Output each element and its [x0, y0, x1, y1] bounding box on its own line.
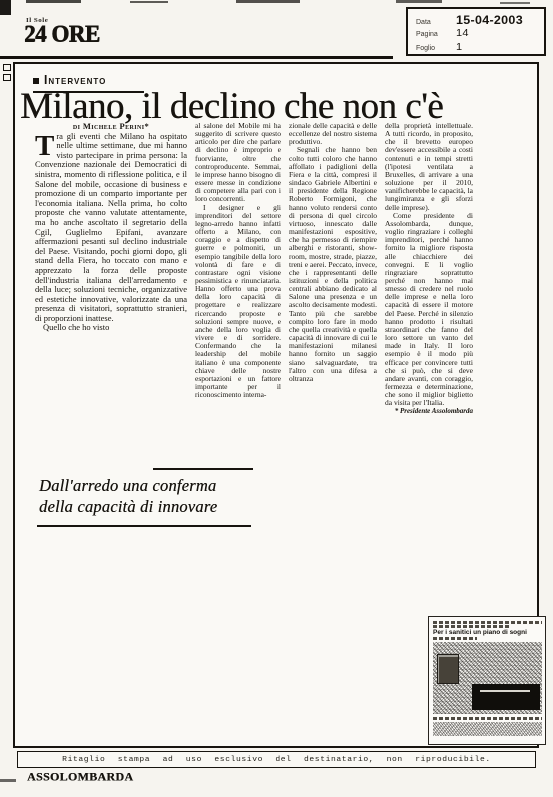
thumbnail-text-strip — [433, 637, 477, 640]
author-signature: * Presidente Assolombarda — [385, 407, 473, 415]
thumbnail-portrait — [437, 654, 459, 684]
paragraph: al salone del Mobile mi ha suggerito di … — [195, 122, 281, 204]
stamp-row-sheet: Foglio 1 — [416, 41, 544, 55]
stamp-value-page: 14 — [456, 27, 469, 38]
article-column-4: della proprietà intellettuale. A tutti r… — [385, 122, 473, 514]
scan-artifact — [130, 1, 168, 3]
pull-quote-text: Dall'arredo una conferma della capacità … — [37, 468, 253, 525]
scan-artifact — [0, 0, 11, 15]
newspaper-logo: Il Sole 24 ORE — [24, 16, 100, 44]
article-column-2: al salone del Mobile mi ha suggerito di … — [195, 122, 281, 468]
paragraph: Come presidente di Assolombarda, dunque,… — [385, 212, 473, 408]
stamp-box: Data 15-04-2003 Pagina 14 Foglio 1 — [406, 7, 546, 56]
scan-artifact — [500, 2, 530, 4]
paragraph: I designer e gli imprenditori del settor… — [195, 204, 281, 400]
scan-artifact — [3, 74, 11, 81]
pull-quote-rule — [153, 468, 253, 470]
stamp-label-sheet: Foglio — [416, 45, 456, 52]
scan-artifact — [236, 0, 300, 3]
thumbnail-dark-box — [472, 684, 540, 710]
thumbnail-text-strip — [433, 625, 509, 628]
press-clipping-sheet: Il Sole 24 ORE Data 15-04-2003 Pagina 14… — [0, 0, 553, 797]
thumbnail-headline: Per i sanitici un piano di sogni — [433, 629, 542, 636]
disclaimer-box: Ritaglio stampa ad uso esclusivo del des… — [17, 751, 536, 768]
pull-quote-rule — [37, 525, 251, 527]
stamp-row-page: Pagina 14 — [416, 27, 544, 41]
disclaimer-text: Ritaglio stampa ad uso esclusivo del des… — [62, 755, 491, 764]
article-column-1: di Michele Perini* Tra gli eventi che Mi… — [35, 122, 187, 448]
stamp-value-sheet: 1 — [456, 41, 462, 52]
thumbnail-photo-noise — [433, 722, 542, 736]
thumbnail-photo-noise — [433, 642, 542, 714]
paragraph: zionale delle capacità e delle eccellenz… — [289, 122, 377, 146]
stamp-label-date: Data — [416, 19, 456, 26]
clipping-thumbnail: Per i sanitici un piano di sogni — [428, 616, 546, 745]
paragraph: Tra gli eventi che Milano ha ospitato ne… — [35, 132, 187, 324]
dropcap: T — [35, 132, 56, 158]
scan-artifact — [0, 779, 16, 782]
thumbnail-text-strip — [433, 621, 542, 624]
kicker-bullet-icon — [33, 78, 39, 84]
pull-quote: Dall'arredo una conferma della capacità … — [37, 468, 253, 527]
scan-artifact — [26, 0, 81, 3]
paragraph: Segnali che hanno ben colto tutti coloro… — [289, 146, 377, 383]
stamp-label-page: Pagina — [416, 31, 456, 38]
paragraph: della proprietà intellettuale. A tutti r… — [385, 122, 473, 212]
stamp-value-date: 15-04-2003 — [456, 13, 523, 26]
paragraph: Quello che ho visto — [35, 323, 187, 333]
paragraph-text: ra gli eventi che Milano ha ospitato nel… — [35, 131, 187, 323]
stamp-row-date: Data 15-04-2003 — [416, 13, 544, 27]
assolombarda-brand: ASSOLOMBARDA — [27, 771, 133, 785]
scan-artifact — [3, 64, 11, 71]
article-column-3: zionale delle capacità e delle eccellenz… — [289, 122, 377, 482]
thumbnail-text-strip — [433, 717, 542, 720]
header-rule — [0, 56, 393, 59]
scan-artifact — [396, 0, 442, 3]
newspaper-logo-main: 24 ORE — [24, 24, 100, 45]
